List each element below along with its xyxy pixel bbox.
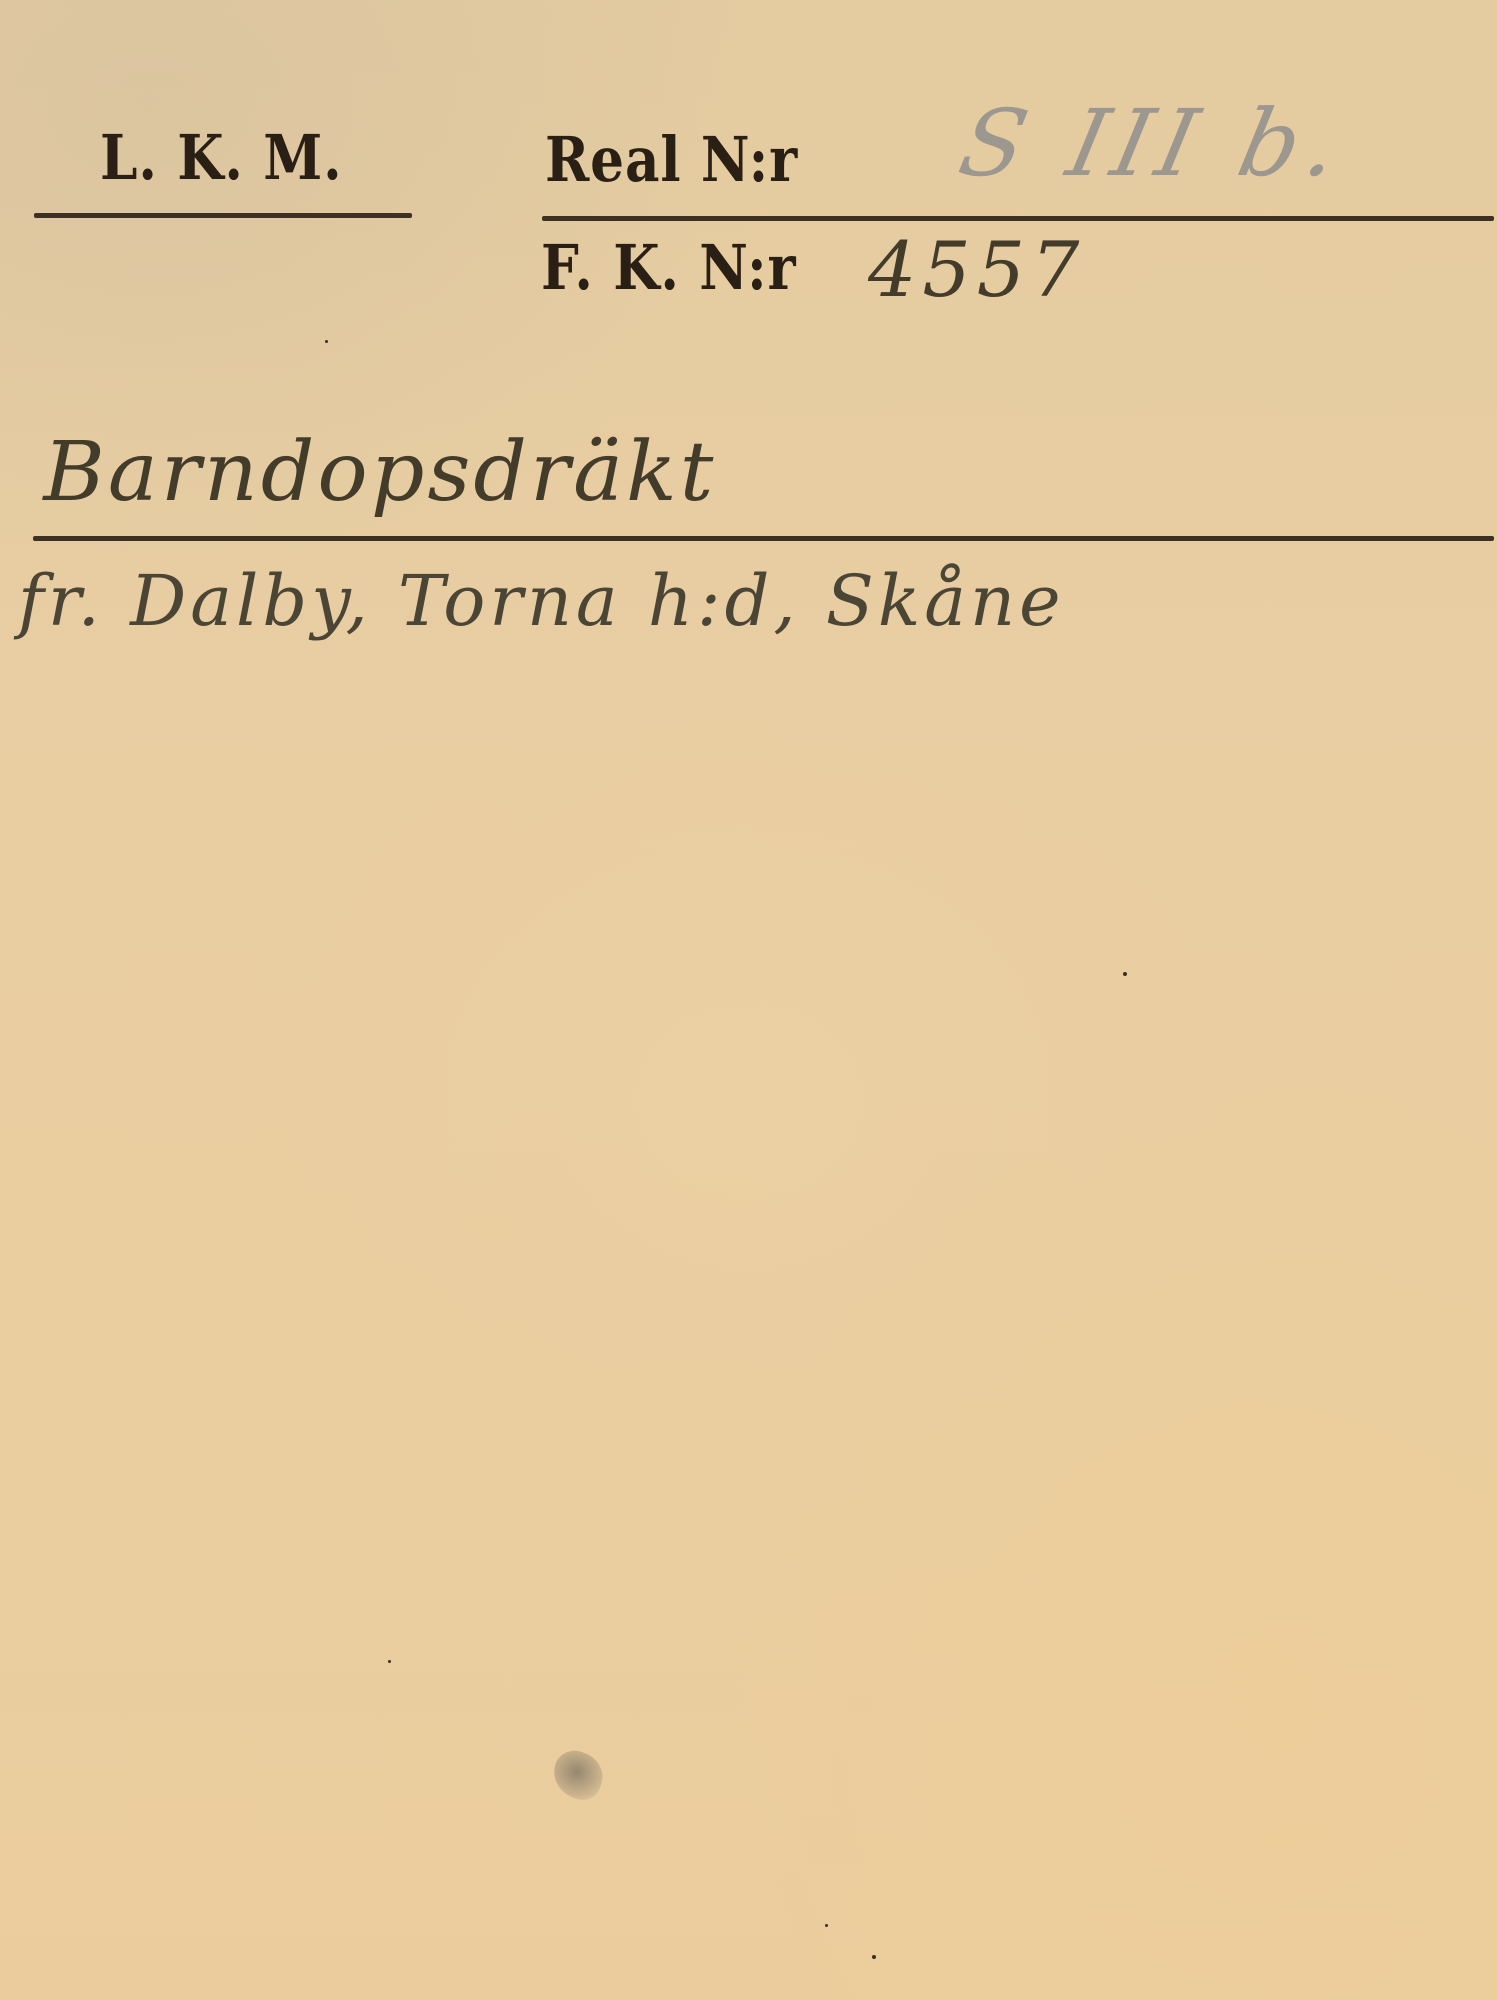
object-name-rule [33,536,1494,541]
header-rule-right [542,216,1494,221]
stain-mark [547,1745,610,1805]
provenance: fr. Dalby, Torna h:d, Skåne [18,566,1065,636]
header-rule-left [34,213,412,218]
speck-mark [825,1924,828,1927]
speck-mark [388,1660,391,1663]
fk-number-label: F. K. N:r [541,237,796,299]
object-name: Barndopsdräkt [43,432,716,514]
speck-mark [325,340,328,343]
speck-mark [872,1955,876,1959]
real-number-value: S III b. [952,98,1354,190]
fk-number-value: 4557 [868,232,1085,308]
catalogue-card: L. K. M. Real N:r S III b. F. K. N:r 455… [0,0,1497,2000]
museum-abbreviation: L. K. M. [100,127,343,189]
speck-mark [1123,972,1127,976]
real-number-label: Real N:r [545,129,798,191]
